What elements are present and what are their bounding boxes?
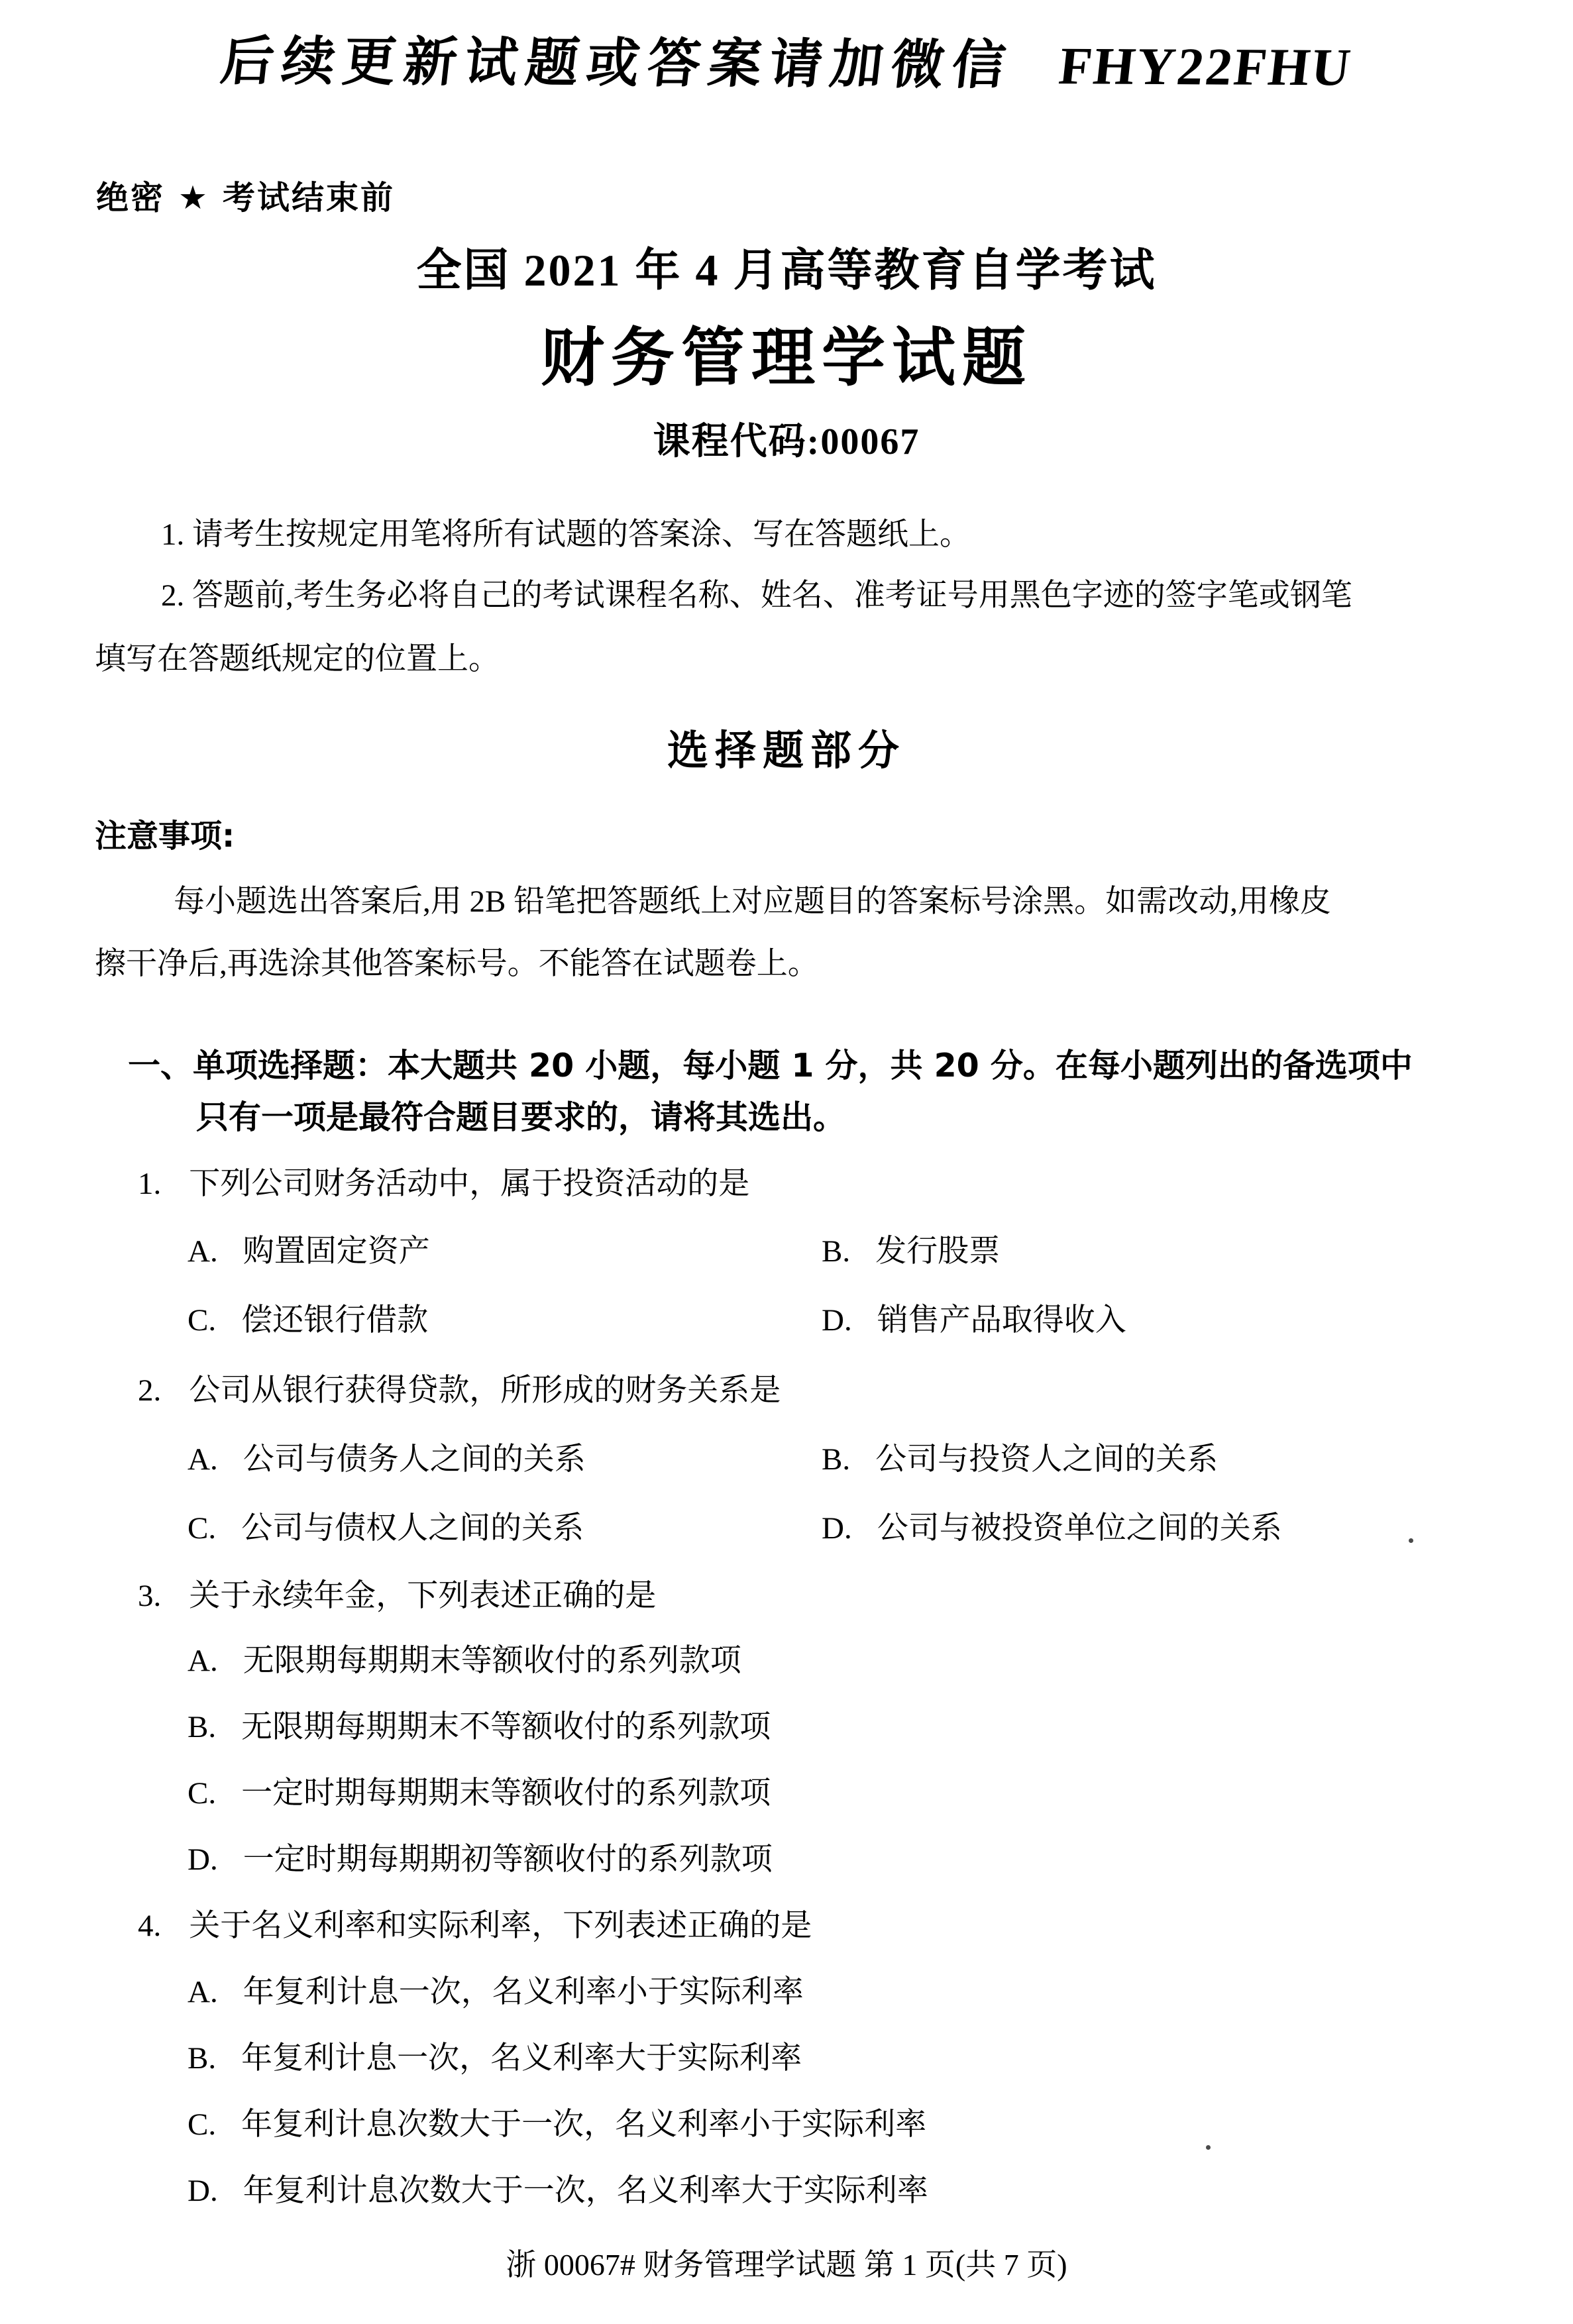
option-label: B. bbox=[822, 1442, 850, 1477]
instruction-line-2: 2. 答题前,考生务必将自己的考试课程名称、姓名、准考证号用黑色字迹的签字笔或钢… bbox=[161, 576, 1352, 615]
question-1-option-a: A.购置固定资产 bbox=[188, 1232, 430, 1271]
option-text: 无限期每期期末等额收付的系列款项 bbox=[243, 1644, 741, 1678]
question-2-stem: 2.公司从银行获得贷款，所形成的财务关系是 bbox=[138, 1371, 781, 1410]
option-text: 无限期每期期末不等额收付的系列款项 bbox=[241, 1710, 771, 1744]
option-text: 公司与债权人之间的关系 bbox=[241, 1511, 584, 1546]
question-3-option-a: A.无限期每期期末等额收付的系列款项 bbox=[188, 1642, 741, 1681]
scan-speck bbox=[1206, 2145, 1211, 2150]
question-3-stem-text: 关于永续年金，下列表述正确的是 bbox=[189, 1579, 656, 1613]
option-label: B. bbox=[188, 2041, 216, 2076]
question-2-option-d: D.公司与被投资单位之间的关系 bbox=[822, 1509, 1282, 1548]
option-text: 公司与债务人之间的关系 bbox=[243, 1442, 586, 1477]
watermark-text: 后续更新试题或答案请加微信 bbox=[218, 33, 1016, 95]
paper-title: 财务管理学试题 bbox=[0, 318, 1573, 397]
question-3-number: 3. bbox=[138, 1579, 161, 1613]
notice-line-1: 每小题选出答案后,用 2B 铅笔把答题纸上对应题目的答案标号涂黑。如需改动,用橡… bbox=[174, 882, 1331, 922]
security-classification: 绝密 ★ 考试结束前 bbox=[96, 178, 395, 218]
option-label: C. bbox=[188, 2107, 216, 2142]
option-label: B. bbox=[822, 1234, 850, 1269]
option-text: 购置固定资产 bbox=[243, 1234, 430, 1269]
question-1-stem: 1.下列公司财务活动中，属于投资活动的是 bbox=[138, 1165, 749, 1204]
question-4-option-b: B.年复利计息一次，名义利率大于实际利率 bbox=[188, 2039, 802, 2078]
option-label: D. bbox=[188, 2174, 218, 2208]
option-label: C. bbox=[188, 1776, 216, 1811]
option-text: 一定时期每期期初等额收付的系列款项 bbox=[243, 1842, 773, 1877]
instruction-line-3: 填写在答题纸规定的位置上。 bbox=[95, 640, 500, 679]
part-heading-line-1: 一、单项选择题：本大题共 20 小题，每小题 1 分，共 20 分。在每小题列出… bbox=[128, 1045, 1413, 1086]
option-label: C. bbox=[188, 1303, 216, 1338]
question-3-option-b: B.无限期每期期末不等额收付的系列款项 bbox=[188, 1708, 771, 1747]
question-4-option-a: A.年复利计息一次，名义利率小于实际利率 bbox=[188, 1973, 804, 2012]
exam-paper-page: 后续更新试题或答案请加微信FHY22FHU 绝密 ★ 考试结束前 全国 2021… bbox=[0, 0, 1573, 2324]
exam-session-title: 全国 2021 年 4 月高等教育自学考试 bbox=[0, 242, 1573, 299]
question-1-option-b: B.发行股票 bbox=[822, 1232, 1000, 1271]
option-label: D. bbox=[188, 1842, 218, 1877]
notice-title: 注意事项: bbox=[95, 816, 235, 856]
section-heading: 选择题部分 bbox=[0, 725, 1573, 776]
wechat-watermark-line: 后续更新试题或答案请加微信FHY22FHU bbox=[0, 28, 1573, 102]
question-3-stem: 3.关于永续年金，下列表述正确的是 bbox=[138, 1577, 656, 1616]
option-label: D. bbox=[822, 1511, 852, 1546]
question-1-option-d: D.销售产品取得收入 bbox=[822, 1301, 1126, 1340]
option-text: 公司与投资人之间的关系 bbox=[875, 1442, 1218, 1477]
course-code: 课程代码:00067 bbox=[0, 419, 1573, 465]
page-footer: 浙 00067# 财务管理学试题 第 1 页(共 7 页) bbox=[0, 2246, 1573, 2284]
question-4-stem: 4.关于名义利率和实际利率，下列表述正确的是 bbox=[138, 1907, 812, 1946]
option-label: A. bbox=[188, 1644, 218, 1678]
question-4-number: 4. bbox=[138, 1909, 161, 1943]
part-heading-line-2: 只有一项是最符合题目要求的，请将其选出。 bbox=[196, 1097, 845, 1137]
question-2-option-a: A.公司与债务人之间的关系 bbox=[188, 1440, 586, 1479]
option-text: 发行股票 bbox=[875, 1234, 1000, 1269]
question-3-option-c: C.一定时期每期期末等额收付的系列款项 bbox=[188, 1774, 771, 1813]
option-label: C. bbox=[188, 1511, 216, 1546]
option-label: B. bbox=[188, 1710, 216, 1744]
question-1-option-c: C.偿还银行借款 bbox=[188, 1301, 428, 1340]
question-4-stem-text: 关于名义利率和实际利率，下列表述正确的是 bbox=[189, 1909, 812, 1943]
question-2-option-c: C.公司与债权人之间的关系 bbox=[188, 1509, 584, 1548]
watermark-code: FHY22FHU bbox=[1056, 37, 1355, 97]
option-text: 年复利计息一次，名义利率大于实际利率 bbox=[241, 2041, 802, 2076]
option-label: A. bbox=[188, 1975, 218, 2009]
question-3-option-d: D.一定时期每期期初等额收付的系列款项 bbox=[188, 1840, 773, 1879]
option-text: 一定时期每期期末等额收付的系列款项 bbox=[241, 1776, 771, 1811]
question-1-stem-text: 下列公司财务活动中，属于投资活动的是 bbox=[189, 1167, 749, 1201]
option-text: 年复利计息次数大于一次，名义利率大于实际利率 bbox=[243, 2174, 928, 2208]
option-label: D. bbox=[822, 1303, 852, 1338]
option-label: A. bbox=[188, 1234, 218, 1269]
notice-line-2: 擦干净后,再选涂其他答案标号。不能答在试题卷上。 bbox=[95, 945, 819, 984]
question-1-number: 1. bbox=[138, 1167, 161, 1201]
option-text: 年复利计息次数大于一次，名义利率小于实际利率 bbox=[241, 2107, 926, 2142]
instruction-line-1: 1. 请考生按规定用笔将所有试题的答案涂、写在答题纸上。 bbox=[161, 515, 971, 555]
question-4-option-c: C.年复利计息次数大于一次，名义利率小于实际利率 bbox=[188, 2105, 926, 2144]
question-2-stem-text: 公司从银行获得贷款，所形成的财务关系是 bbox=[189, 1373, 781, 1408]
question-2-number: 2. bbox=[138, 1373, 161, 1408]
option-text: 年复利计息一次，名义利率小于实际利率 bbox=[243, 1975, 804, 2009]
option-text: 偿还银行借款 bbox=[241, 1303, 428, 1338]
question-2-option-b: B.公司与投资人之间的关系 bbox=[822, 1440, 1218, 1479]
question-4-option-d: D.年复利计息次数大于一次，名义利率大于实际利率 bbox=[188, 2172, 928, 2211]
scan-speck bbox=[1409, 1538, 1413, 1543]
option-text: 销售产品取得收入 bbox=[877, 1303, 1126, 1338]
option-text: 公司与被投资单位之间的关系 bbox=[877, 1511, 1282, 1546]
option-label: A. bbox=[188, 1442, 218, 1477]
